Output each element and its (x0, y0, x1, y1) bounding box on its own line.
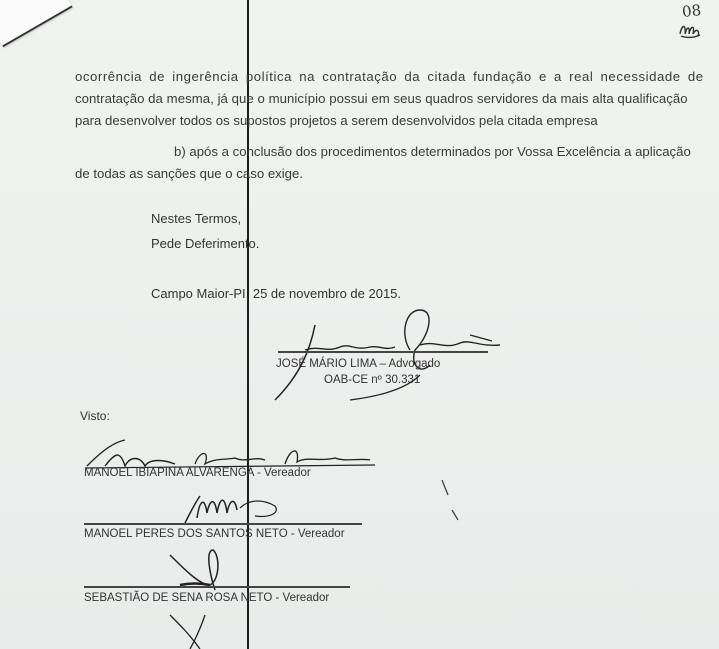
closing-request: Pede Deferimento. (151, 236, 259, 251)
signatory-2-name: MANOEL PERES DOS SANTOS NETO - Vereador (84, 528, 345, 540)
paragraph-1-line: para desenvolver todos os supostos proje… (75, 110, 665, 132)
signatory-3-signature-line (84, 586, 350, 588)
paragraph-1: ocorrência de ingerência política na con… (75, 66, 665, 132)
lawyer-signature-line (278, 351, 488, 353)
paragraph-2-line: b) após a conclusão dos procedimentos de… (75, 141, 665, 163)
scan-marks (430, 475, 470, 535)
lawyer-signature (270, 305, 510, 405)
signatory-2-signature-line (84, 523, 362, 525)
signatory-1-name: MANOEL IBIAPINA ALVARENGA - Vereador (84, 467, 311, 479)
folded-corner (0, 0, 73, 47)
signatory-2-signature (175, 488, 295, 528)
lawyer-block: JOSÉ MÁRIO LIMA – Advogado OAB-CE nº 30.… (276, 356, 440, 388)
place-date: Campo Maior-PI, 25 de novembro de 2015. (151, 286, 401, 301)
initials-mark-icon (678, 20, 702, 40)
visto-label: Visto: (80, 409, 110, 423)
signatory-3-name: SEBASTIÃO DE SENA ROSA NETO - Vereador (84, 592, 329, 604)
paragraph-1-line: contratação da mesma, já que o município… (75, 88, 665, 110)
page-number: 08 (681, 1, 702, 21)
paragraph-1-line: ocorrência de ingerência política na con… (75, 66, 665, 88)
closing-terms: Nestes Termos, (151, 211, 241, 226)
lawyer-name: JOSÉ MÁRIO LIMA – Advogado (276, 356, 440, 372)
document-page: 08 ocorrência de ingerência política na … (0, 0, 719, 649)
lawyer-registration: OAB-CE nº 30.331 (276, 372, 440, 388)
paragraph-2-line: de todas as sanções que o caso exige. (75, 163, 665, 185)
paragraph-2: b) após a conclusão dos procedimentos de… (75, 141, 665, 185)
